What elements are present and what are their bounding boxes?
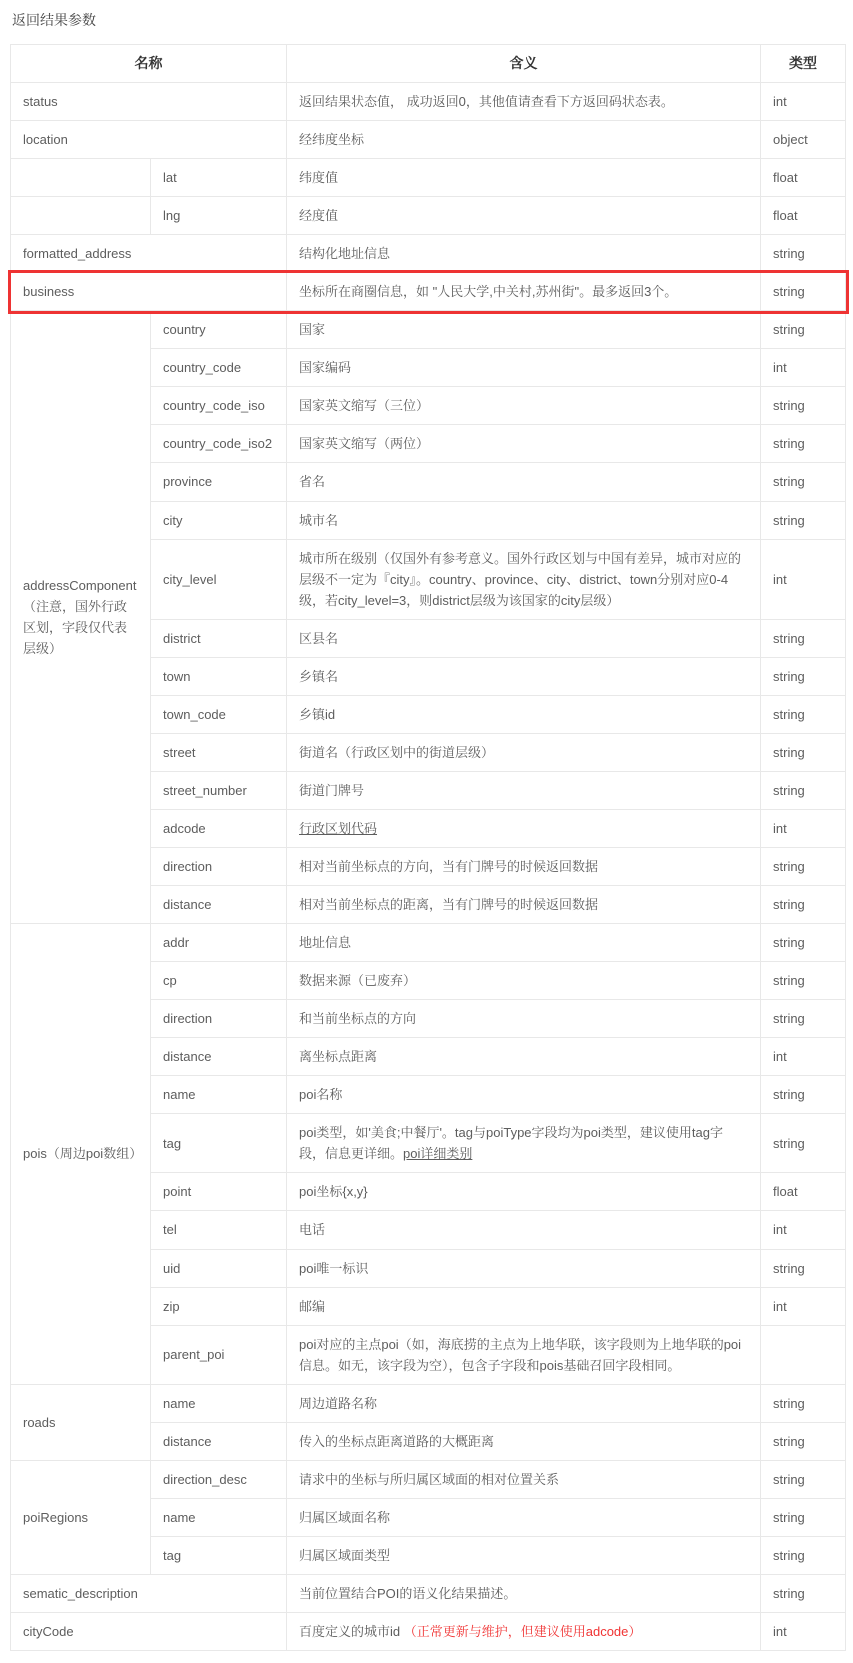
param-type: string (761, 962, 846, 1000)
param-type: int (761, 1038, 846, 1076)
table-row: business坐标所在商圈信息，如 "人民大学,中关村,苏州街"。最多返回3个… (11, 273, 846, 311)
param-meaning: 返回结果状态值， 成功返回0，其他值请查看下方返回码状态表。 (287, 83, 761, 121)
param-name: zip (151, 1287, 287, 1325)
param-meaning: 国家编码 (287, 349, 761, 387)
param-type: float (761, 159, 846, 197)
param-name: cp (151, 962, 287, 1000)
param-name: direction (151, 847, 287, 885)
param-name: name (151, 1384, 287, 1422)
param-type: int (761, 1612, 846, 1650)
param-table-body: status返回结果状态值， 成功返回0，其他值请查看下方返回码状态表。intl… (11, 83, 846, 1651)
meaning-text: 国家 (299, 322, 325, 337)
param-type: int (761, 1211, 846, 1249)
param-type: int (761, 809, 846, 847)
param-name: parent_poi (151, 1325, 287, 1384)
meaning-text: 传入的坐标点距离道路的大概距离 (299, 1434, 494, 1449)
param-meaning: 坐标所在商圈信息，如 "人民大学,中关村,苏州街"。最多返回3个。 (287, 273, 761, 311)
warning-text: （正常更新与维护，但建议使用adcode） (404, 1624, 642, 1639)
param-name: direction_desc (151, 1460, 287, 1498)
param-meaning: 城市名 (287, 501, 761, 539)
meaning-text: 经度值 (299, 208, 338, 223)
param-name: distance (151, 1422, 287, 1460)
param-meaning: 数据来源（已废弃） (287, 962, 761, 1000)
param-type: int (761, 83, 846, 121)
param-type: string (761, 1249, 846, 1287)
param-meaning: 地址信息 (287, 924, 761, 962)
param-name: country_code_iso2 (151, 425, 287, 463)
param-type: object (761, 121, 846, 159)
param-meaning: 区县名 (287, 619, 761, 657)
meaning-text: 街道名（行政区划中的街道层级） (299, 745, 494, 760)
param-meaning: 电话 (287, 1211, 761, 1249)
param-meaning: 乡镇id (287, 695, 761, 733)
param-meaning: 国家英文缩写（三位） (287, 387, 761, 425)
param-type: string (761, 1574, 846, 1612)
param-type: string (761, 1114, 846, 1173)
param-type: string (761, 235, 846, 273)
table-row: lng经度值float (11, 197, 846, 235)
param-meaning: 周边道路名称 (287, 1384, 761, 1422)
meaning-text: 国家英文缩写（两位） (299, 436, 429, 451)
param-name: addr (151, 924, 287, 962)
meaning-text: 返回结果状态值， 成功返回0，其他值请查看下方返回码状态表。 (299, 94, 674, 109)
param-meaning: 传入的坐标点距离道路的大概距离 (287, 1422, 761, 1460)
param-name: district (151, 619, 287, 657)
param-type: float (761, 197, 846, 235)
meaning-text: 数据来源（已废弃） (299, 973, 416, 988)
table-row: cityCode百度定义的城市id （正常更新与维护，但建议使用adcode）i… (11, 1612, 846, 1650)
page-title: 返回结果参数 (12, 10, 845, 30)
meaning-text: 电话 (299, 1222, 325, 1237)
meaning-text: 相对当前坐标点的距离，当有门牌号的时候返回数据 (299, 897, 598, 912)
param-name: province (151, 463, 287, 501)
param-name: lat (151, 159, 287, 197)
param-type: string (761, 733, 846, 771)
param-type: string (761, 771, 846, 809)
param-meaning: 相对当前坐标点的距离，当有门牌号的时候返回数据 (287, 886, 761, 924)
empty-group-cell (11, 197, 151, 235)
param-meaning: 乡镇名 (287, 657, 761, 695)
param-type: string (761, 501, 846, 539)
meaning-text: poi对应的主点poi（如，海底捞的主点为上地华联，该字段则为上地华联的poi信… (299, 1337, 741, 1373)
param-type: string (761, 1422, 846, 1460)
param-name: tel (151, 1211, 287, 1249)
param-type: string (761, 387, 846, 425)
param-meaning: 当前位置结合POI的语义化结果描述。 (287, 1574, 761, 1612)
param-name: distance (151, 1038, 287, 1076)
meaning-text: 乡镇名 (299, 669, 338, 684)
param-type: string (761, 847, 846, 885)
param-meaning: poi类型，如'美食;中餐厅'。tag与poiType字段均为poi类型，建议使… (287, 1114, 761, 1173)
param-name: business (11, 273, 287, 311)
param-meaning: 结构化地址信息 (287, 235, 761, 273)
group-label-cell: addressComponent（注意，国外行政区划，字段仅代表层级） (11, 311, 151, 924)
meaning-text: 地址信息 (299, 935, 351, 950)
param-name: country (151, 311, 287, 349)
table-row: addressComponent（注意，国外行政区划，字段仅代表层级）count… (11, 311, 846, 349)
param-name: town_code (151, 695, 287, 733)
meaning-text: 当前位置结合POI的语义化结果描述。 (299, 1586, 516, 1601)
table-row: pois（周边poi数组）addr地址信息string (11, 924, 846, 962)
param-name: location (11, 121, 287, 159)
meaning-text: 纬度值 (299, 170, 338, 185)
param-type: int (761, 539, 846, 619)
param-name: direction (151, 1000, 287, 1038)
param-meaning: 归属区域面名称 (287, 1498, 761, 1536)
column-header-name: 名称 (11, 45, 287, 83)
param-name: country_code_iso (151, 387, 287, 425)
param-name: distance (151, 886, 287, 924)
param-type: string (761, 619, 846, 657)
param-meaning: 和当前坐标点的方向 (287, 1000, 761, 1038)
group-label-cell: poiRegions (11, 1460, 151, 1574)
param-type: string (761, 1000, 846, 1038)
meaning-text: 乡镇id (299, 707, 335, 722)
meaning-text: 请求中的坐标与所归属区域面的相对位置关系 (299, 1472, 559, 1487)
empty-group-cell (11, 159, 151, 197)
meaning-text: 离坐标点距离 (299, 1049, 377, 1064)
param-type: string (761, 1384, 846, 1422)
meaning-text: 城市所在级别（仅国外有参考意义。国外行政区划与中国有差异，城市对应的层级不一定为… (299, 551, 741, 608)
meaning-text: 经纬度坐标 (299, 132, 364, 147)
param-name: cityCode (11, 1612, 287, 1650)
param-type: string (761, 311, 846, 349)
param-name: country_code (151, 349, 287, 387)
param-type: string (761, 657, 846, 695)
param-name: name (151, 1498, 287, 1536)
meaning-text: 国家英文缩写（三位） (299, 398, 429, 413)
param-meaning: 相对当前坐标点的方向，当有门牌号的时候返回数据 (287, 847, 761, 885)
doc-link[interactable]: poi详细类别 (403, 1146, 472, 1161)
meaning-text: poi坐标{x,y} (299, 1184, 368, 1199)
param-type: string (761, 1536, 846, 1574)
param-type: int (761, 1287, 846, 1325)
meaning-text: 坐标所在商圈信息，如 "人民大学,中关村,苏州街"。最多返回3个。 (299, 284, 677, 299)
param-type: string (761, 1498, 846, 1536)
param-meaning: 请求中的坐标与所归属区域面的相对位置关系 (287, 1460, 761, 1498)
table-header-row: 名称 含义 类型 (11, 45, 846, 83)
meaning-text: poi类型，如'美食;中餐厅'。tag与poiType字段均为poi类型，建议使… (299, 1125, 723, 1161)
meaning-text: 结构化地址信息 (299, 246, 390, 261)
param-name: point (151, 1173, 287, 1211)
param-meaning: 国家英文缩写（两位） (287, 425, 761, 463)
param-meaning: poi对应的主点poi（如，海底捞的主点为上地华联，该字段则为上地华联的poi信… (287, 1325, 761, 1384)
param-meaning: 归属区域面类型 (287, 1536, 761, 1574)
param-meaning: 邮编 (287, 1287, 761, 1325)
meaning-text: poi名称 (299, 1087, 342, 1102)
param-type: string (761, 1460, 846, 1498)
param-type: string (761, 886, 846, 924)
param-name: lng (151, 197, 287, 235)
param-name: formatted_address (11, 235, 287, 273)
param-name: adcode (151, 809, 287, 847)
param-meaning: 离坐标点距离 (287, 1038, 761, 1076)
param-meaning: 行政区划代码 (287, 809, 761, 847)
table-row: status返回结果状态值， 成功返回0，其他值请查看下方返回码状态表。int (11, 83, 846, 121)
param-meaning: 百度定义的城市id （正常更新与维护，但建议使用adcode） (287, 1612, 761, 1650)
column-header-type: 类型 (761, 45, 846, 83)
meaning-text: 百度定义的城市id (299, 1624, 404, 1639)
param-meaning: poi名称 (287, 1076, 761, 1114)
param-meaning: 城市所在级别（仅国外有参考意义。国外行政区划与中国有差异，城市对应的层级不一定为… (287, 539, 761, 619)
param-meaning: 街道名（行政区划中的街道层级） (287, 733, 761, 771)
meaning-text: 街道门牌号 (299, 783, 364, 798)
return-params-table: 名称 含义 类型 status返回结果状态值， 成功返回0，其他值请查看下方返回… (10, 44, 846, 1651)
param-type: string (761, 1076, 846, 1114)
meaning-text: 归属区域面类型 (299, 1548, 390, 1563)
param-meaning: 街道门牌号 (287, 771, 761, 809)
table-row: poiRegionsdirection_desc请求中的坐标与所归属区域面的相对… (11, 1460, 846, 1498)
param-name: uid (151, 1249, 287, 1287)
param-type: float (761, 1173, 846, 1211)
param-name: sematic_description (11, 1574, 287, 1612)
param-type: string (761, 273, 846, 311)
param-type: string (761, 924, 846, 962)
param-name: city (151, 501, 287, 539)
meaning-text: 城市名 (299, 513, 338, 528)
param-type: string (761, 425, 846, 463)
doc-page: 返回结果参数 名称 含义 类型 status返回结果状态值， 成功返回0，其他值… (0, 0, 853, 1663)
column-header-meaning: 含义 (287, 45, 761, 83)
meaning-text: 邮编 (299, 1299, 325, 1314)
param-name: city_level (151, 539, 287, 619)
meaning-text: poi唯一标识 (299, 1261, 368, 1276)
group-label-cell: pois（周边poi数组） (11, 924, 151, 1385)
table-row: sematic_description当前位置结合POI的语义化结果描述。str… (11, 1574, 846, 1612)
param-name: status (11, 83, 287, 121)
table-row: formatted_address结构化地址信息string (11, 235, 846, 273)
param-name: street_number (151, 771, 287, 809)
param-type: string (761, 695, 846, 733)
param-type: int (761, 349, 846, 387)
meaning-text: 和当前坐标点的方向 (299, 1011, 416, 1026)
meaning-text: 国家编码 (299, 360, 351, 375)
param-name: town (151, 657, 287, 695)
table-row: lat纬度值float (11, 159, 846, 197)
meaning-text: 区县名 (299, 631, 338, 646)
table-row: location经纬度坐标object (11, 121, 846, 159)
table-row: roadsname周边道路名称string (11, 1384, 846, 1422)
doc-link[interactable]: 行政区划代码 (299, 821, 377, 836)
param-meaning: poi唯一标识 (287, 1249, 761, 1287)
param-name: street (151, 733, 287, 771)
group-label-cell: roads (11, 1384, 151, 1460)
meaning-text: 相对当前坐标点的方向，当有门牌号的时候返回数据 (299, 859, 598, 874)
param-meaning: poi坐标{x,y} (287, 1173, 761, 1211)
meaning-text: 省名 (299, 474, 325, 489)
param-meaning: 经度值 (287, 197, 761, 235)
meaning-text: 周边道路名称 (299, 1396, 377, 1411)
param-meaning: 国家 (287, 311, 761, 349)
param-name: tag (151, 1536, 287, 1574)
param-type (761, 1325, 846, 1384)
param-name: name (151, 1076, 287, 1114)
param-meaning: 纬度值 (287, 159, 761, 197)
param-name: tag (151, 1114, 287, 1173)
param-type: string (761, 463, 846, 501)
param-meaning: 经纬度坐标 (287, 121, 761, 159)
meaning-text: 归属区域面名称 (299, 1510, 390, 1525)
param-meaning: 省名 (287, 463, 761, 501)
